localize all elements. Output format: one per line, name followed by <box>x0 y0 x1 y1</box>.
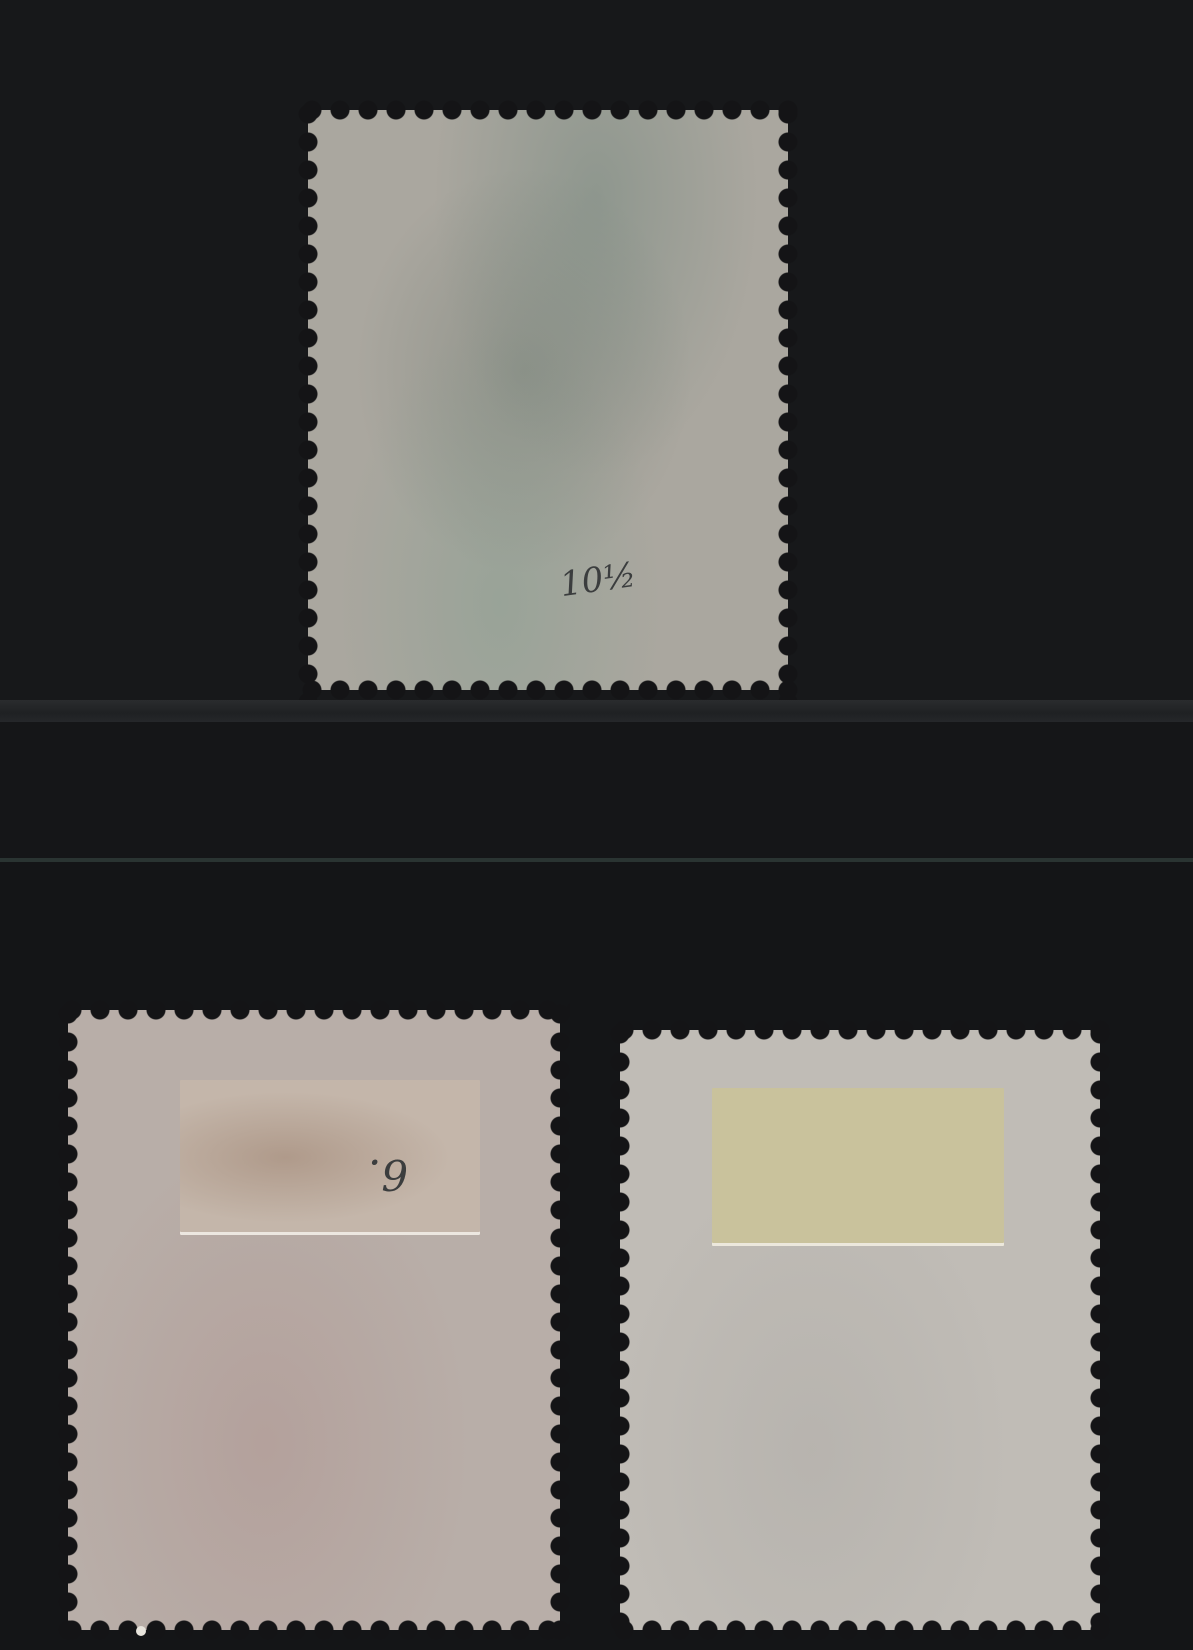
stamp-hinge <box>712 1088 1004 1246</box>
stamp-bottom-left: 6. <box>58 1000 570 1640</box>
stamp-paper: 10½ <box>308 110 788 690</box>
stamp-paper: 6. <box>68 1010 560 1630</box>
paper-fleck <box>136 1626 146 1636</box>
stock-page: 10½ 6. <box>0 0 1193 1650</box>
pencil-note: 6. <box>368 1150 408 1199</box>
stamp-hinge <box>180 1080 480 1235</box>
pencil-note-perf-gauge: 10½ <box>558 555 639 605</box>
stamp-paper <box>620 1030 1100 1630</box>
strip-divider <box>0 700 1193 722</box>
stamp-top: 10½ <box>298 100 798 700</box>
strip-gap <box>0 722 1193 860</box>
stamp-bottom-right <box>610 1020 1110 1640</box>
